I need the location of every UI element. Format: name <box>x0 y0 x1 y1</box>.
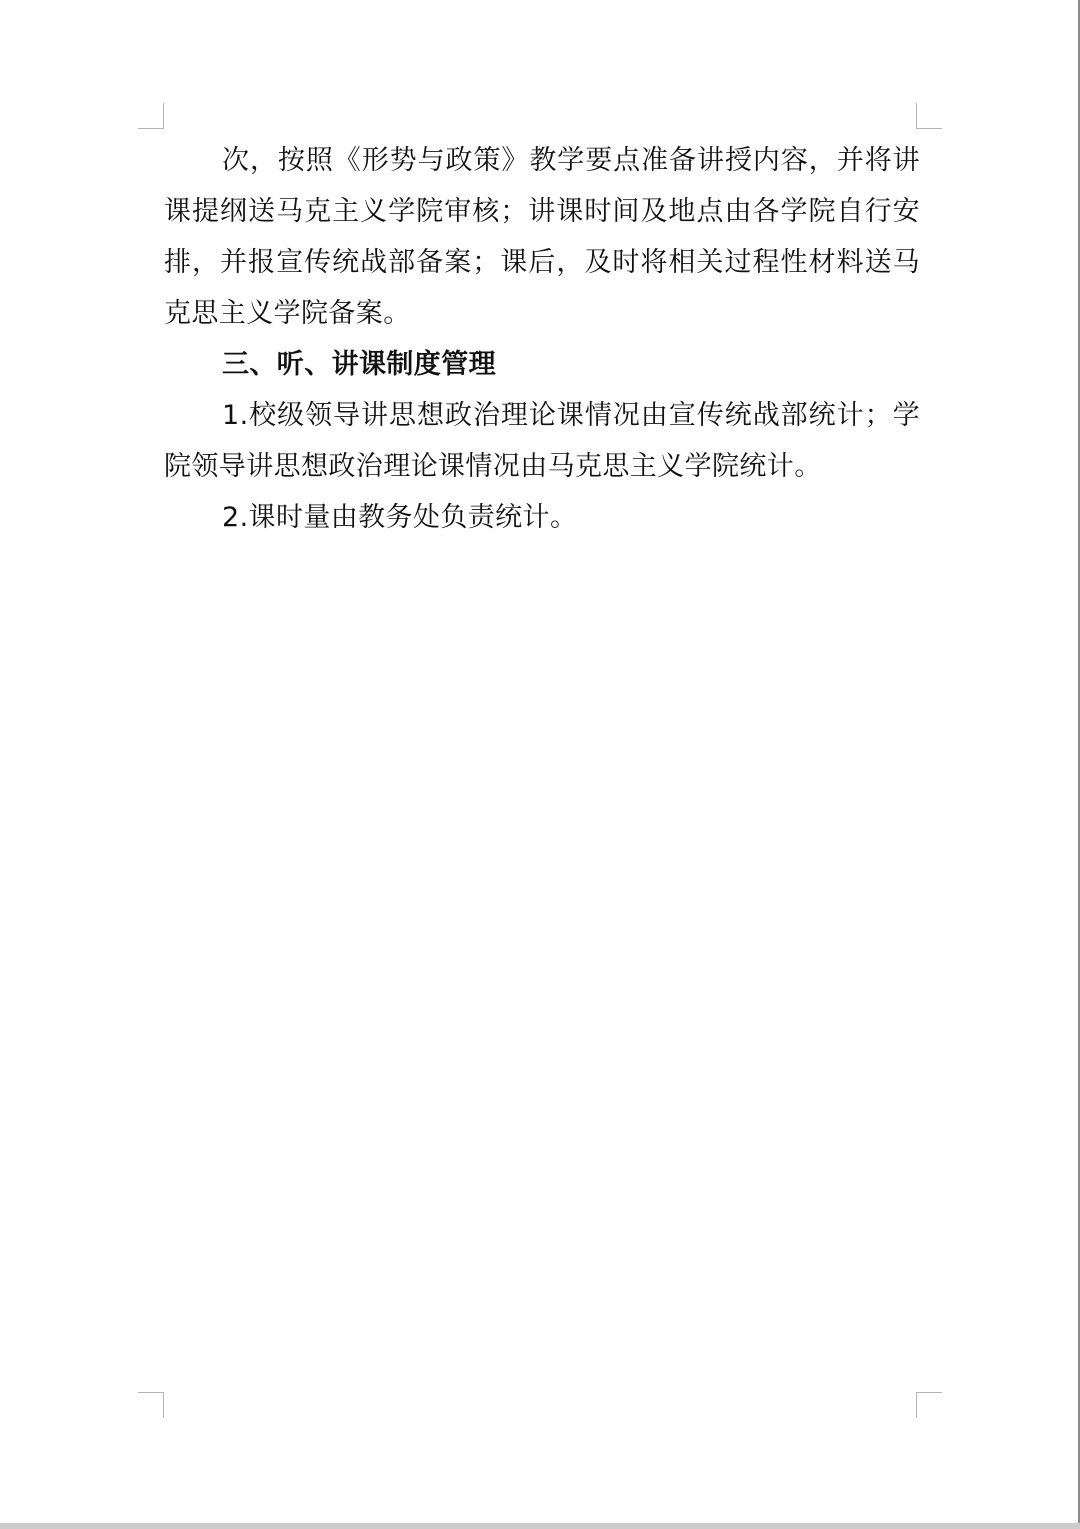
page-bottom-gap <box>0 1523 1080 1529</box>
margin-corner-bottom-left <box>138 1392 164 1418</box>
paragraph-item-2: 2.课时量由教务处负责统计。 <box>164 492 920 543</box>
section-heading: 三、听、讲课制度管理 <box>164 339 920 390</box>
document-page: 次，按照《形势与政策》教学要点准备讲授内容，并将讲课提纲送马克主义学院审核；讲课… <box>0 0 1078 1523</box>
document-body: 次，按照《形势与政策》教学要点准备讲授内容，并将讲课提纲送马克主义学院审核；讲课… <box>164 135 920 543</box>
paragraph-continuation: 次，按照《形势与政策》教学要点准备讲授内容，并将讲课提纲送马克主义学院审核；讲课… <box>164 135 920 339</box>
margin-corner-bottom-right <box>916 1392 942 1418</box>
paragraph-item-1: 1.校级领导讲思想政治理论课情况由宣传统战部统计；学院领导讲思想政治理论课情况由… <box>164 390 920 492</box>
margin-corner-top-left <box>138 103 164 129</box>
margin-corner-top-right <box>916 103 942 129</box>
